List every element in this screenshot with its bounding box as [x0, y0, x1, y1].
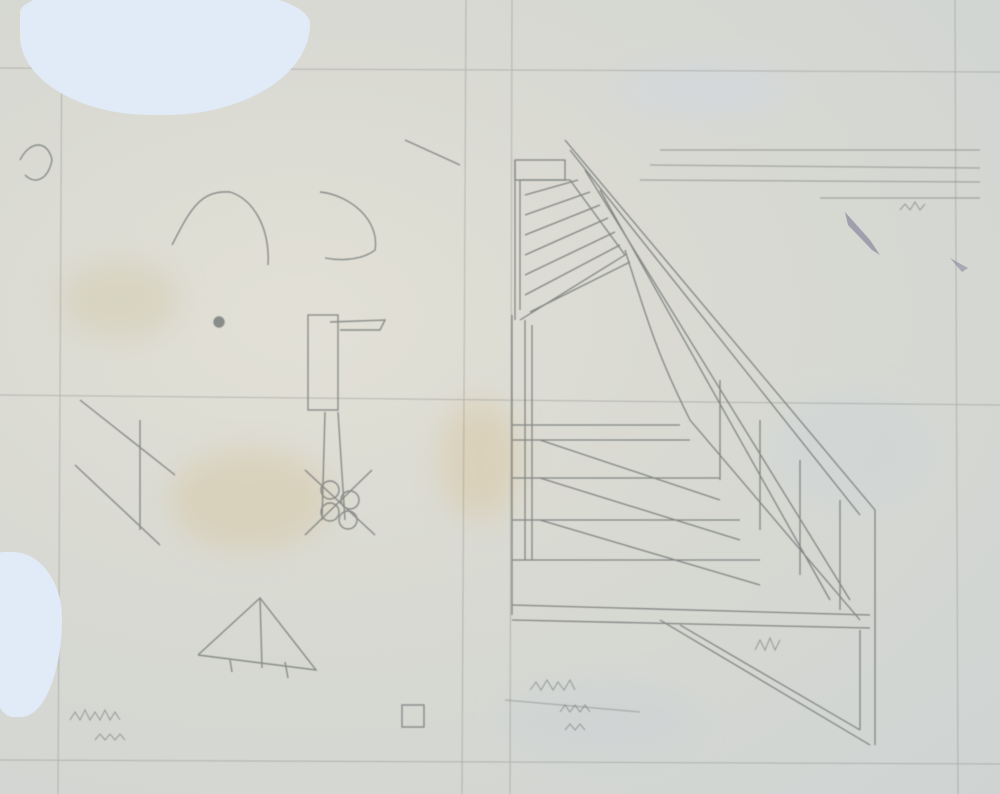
left-detail-sketches [20, 140, 460, 727]
pencil-drawing [0, 0, 1000, 794]
paper-stains [60, 60, 930, 760]
drawing-photo [0, 0, 1000, 794]
ink-smudge [845, 212, 880, 255]
